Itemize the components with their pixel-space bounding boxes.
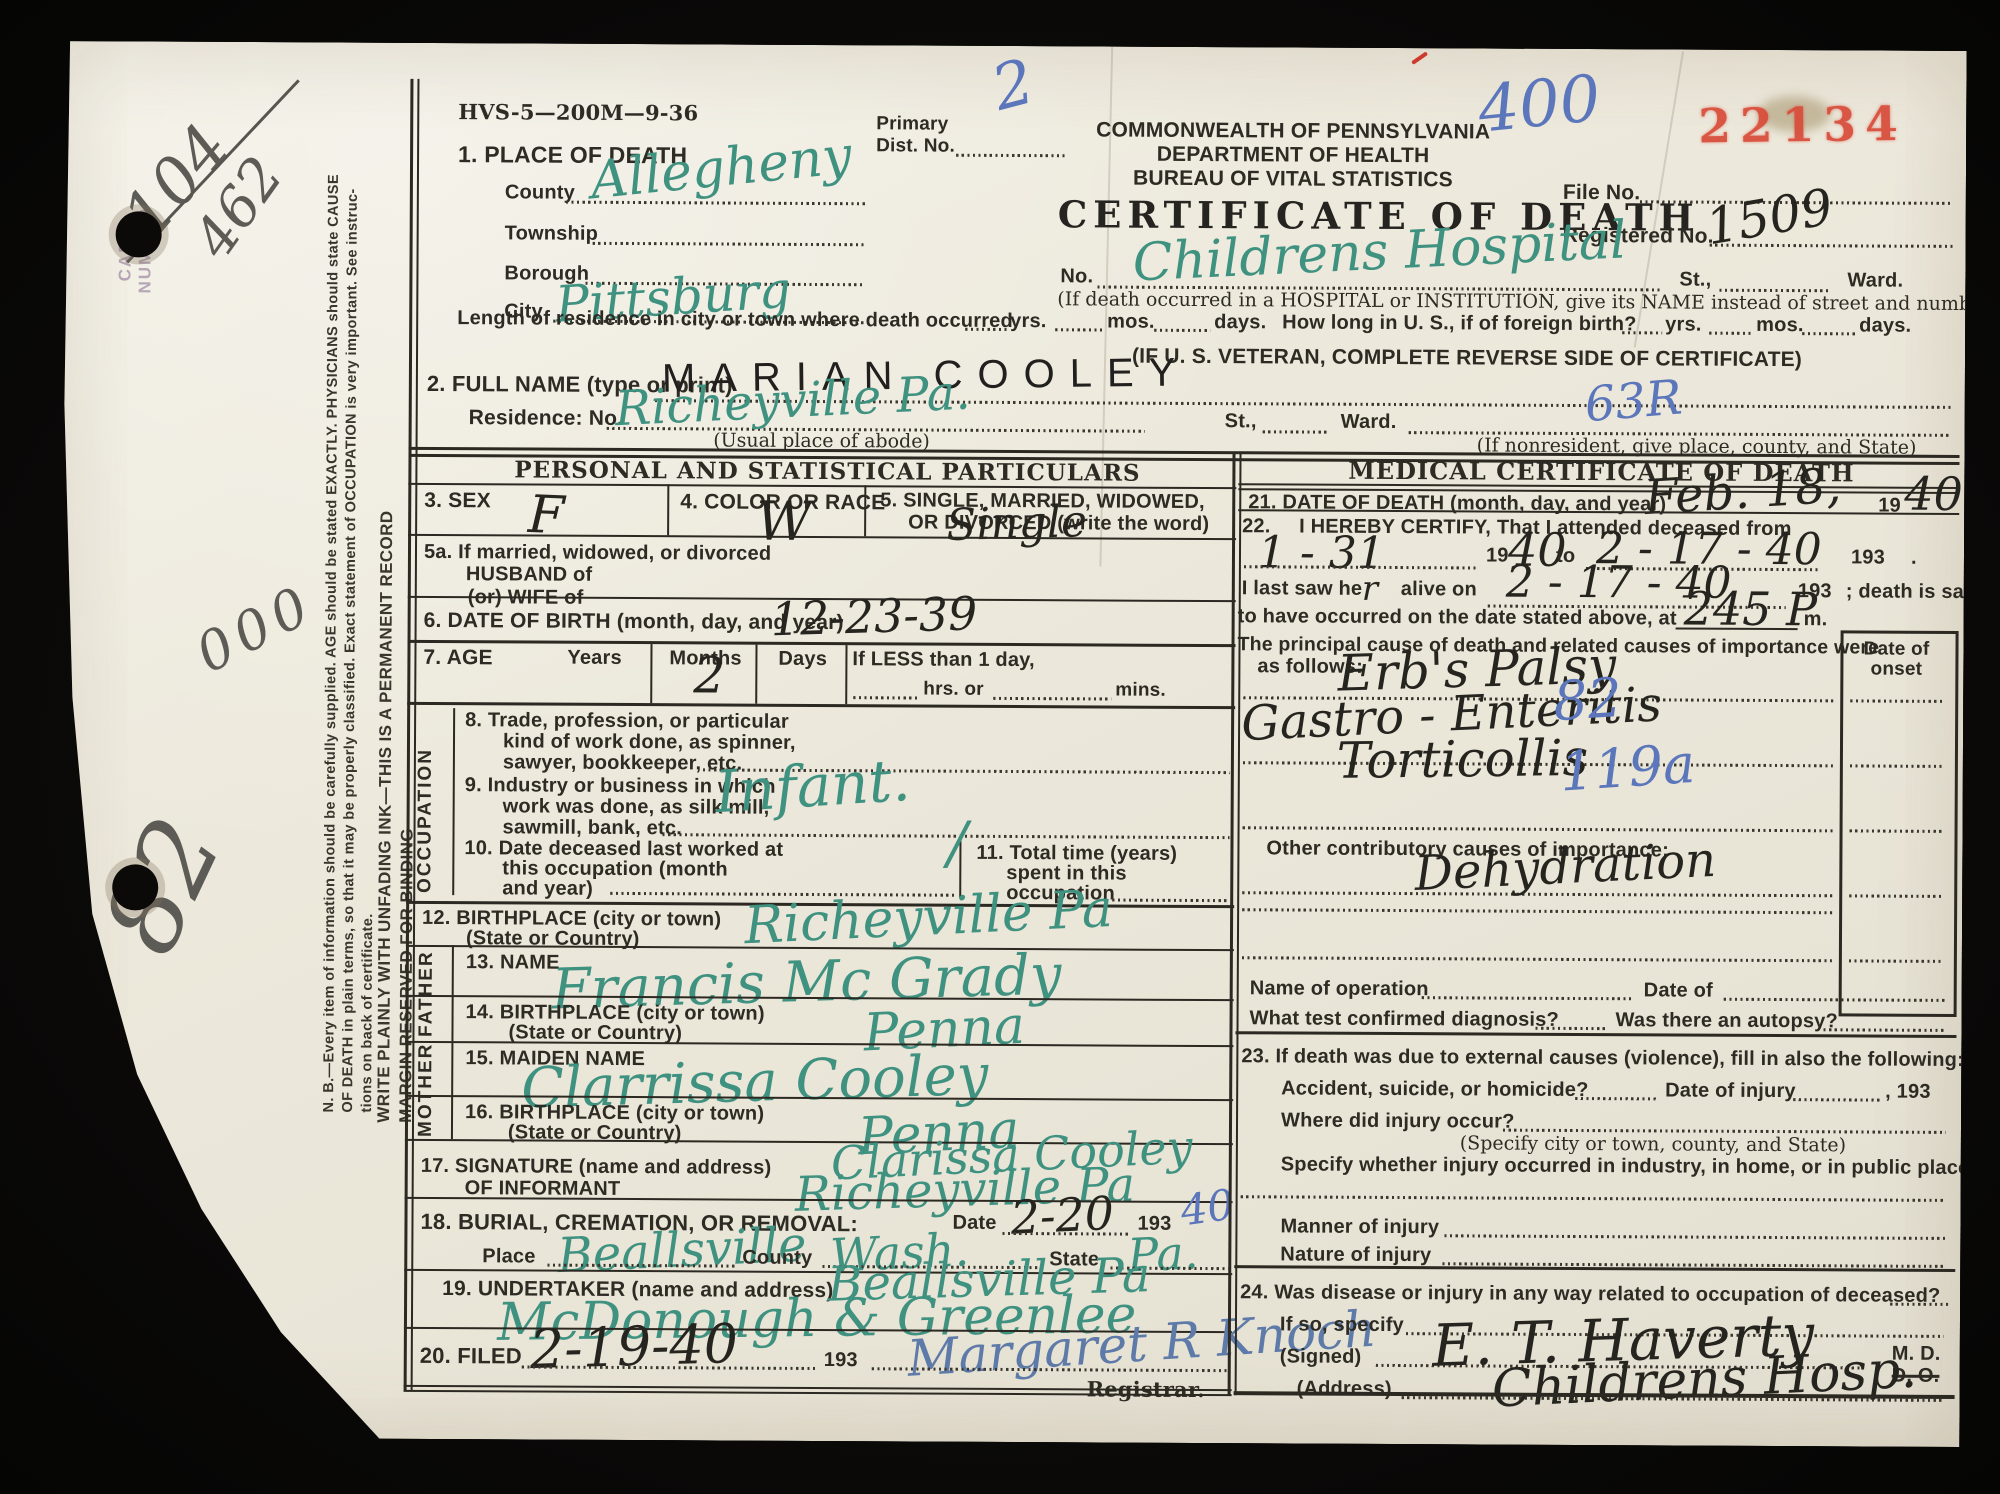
dotted-line [1793,1098,1881,1101]
residence-length-label: Length of residence in city or town wher… [457,307,1013,333]
father-side-label: FATHER [415,949,437,1037]
cause3-value: Torticollis [1337,733,1589,786]
pencil-mark-82: 82 [87,804,238,968]
operation-label: Name of operation [1250,977,1429,1001]
less-than-label: If LESS than 1 day, [852,648,1034,672]
mins-label: mins. [1115,680,1166,702]
onset-label2: onset [1840,658,1952,681]
item24-label: 24. Was disease or injury in any way rel… [1240,1281,1940,1308]
form-code: HVS-5—200M—9-36 [458,99,698,125]
dotted-line [1112,899,1229,903]
dotted-line [1241,1195,1946,1202]
item9-value: Infant. [713,751,912,821]
punch-hole-top [116,211,162,257]
last-saw-label: I last saw he [1242,577,1363,601]
days-label: days. [1214,311,1266,334]
commonwealth-line: COMMONWEALTH OF PENNSYLVANIA [1068,118,1518,144]
st-label2: St., [1225,410,1257,433]
blue-mark-2: 2 [986,50,1040,120]
dist-no-label: Dist. No. [876,135,955,157]
mos-label: mos. [1107,311,1155,334]
burial-place-label: Place [482,1245,535,1268]
rule-line [650,644,652,703]
hospital-no-label: No. [1060,265,1093,288]
item21-year-value: 40 [1904,471,1963,517]
green-slash-mark: / [947,814,967,872]
item13-label: 13. NAME [466,951,560,974]
test-label: What test confirmed diagnosis? [1250,1007,1559,1032]
to-period: . [1911,547,1917,570]
dotted-line [1802,332,1856,335]
if-so-label: If so, specify [1280,1313,1404,1337]
item8-line3: sawyer, bookkeeper, etc. [503,751,743,775]
department-line: DEPARTMENT OF HEALTH [1068,142,1518,168]
dotted-line [965,328,1007,331]
rule-line [451,945,454,1041]
column-divider [1228,453,1242,1395]
mother-side-label: MOTHER [415,1047,437,1137]
mos-label2: mos. [1756,314,1804,337]
rule-line [755,645,757,704]
file-number-stamp: 22134 [1698,97,1907,155]
primary-label: Primary [876,113,948,135]
rule-line [864,485,866,536]
contributory-value: Dehydration [1413,836,1717,898]
hrs-or-label: hrs. or [923,679,984,701]
age-years-label: Years [567,647,622,670]
burial-county-label: County [742,1247,812,1270]
dotted-line [1444,1234,1945,1240]
accident-label: Accident, suicide, or homicide? [1281,1077,1588,1102]
dotted-line [1850,699,1942,702]
rule-line [407,702,1235,709]
scanned-certificate-page: { "stamps": { "file_stamp": "22134", "bl… [0,0,2000,1494]
ward-code-63r: 63R [1583,373,1684,429]
punch-hole-bottom [112,864,158,910]
dotted-line [1724,998,1947,1002]
dotted-line [1709,332,1753,335]
last-saw-her-hw: r [1362,572,1378,606]
item5a-label: 5a. If married, widowed, or divorced [424,541,771,566]
blue-code-400: 400 [1475,67,1603,143]
dotted-line [1242,908,1832,914]
pencil-mark-000: 000 [188,576,323,681]
cause2-code: 82 [1552,671,1624,729]
township-label: Township [505,222,599,245]
dotted-line [1536,1027,1608,1030]
how-long-label: How long in U. S., if of foreign birth? [1282,311,1637,336]
dotted-line [1242,956,1832,962]
dotted-line [853,696,919,699]
dotted-line [1890,1303,1948,1306]
dotted-line [1575,1097,1657,1100]
address-label: (Address) [1297,1378,1392,1401]
injury-date-label: Date of injury [1665,1079,1796,1103]
dotted-line [593,242,866,246]
item20-193-label: 193 [824,1349,858,1372]
specify-whether-label: Specify whether injury occurred in indus… [1281,1153,1977,1180]
dotted-line [1263,430,1327,433]
margin-note-line1: N. B.—Every item of information should b… [321,94,342,1112]
dotted-line [993,697,1111,701]
dotted-line [1849,959,1941,962]
operation-date-label: Date of [1644,979,1713,1002]
file-no-label: File No. [1563,181,1641,205]
signed-label: (Signed) [1280,1345,1362,1368]
dotted-line [1154,329,1210,332]
item17-line1: 17. SIGNATURE (name and address) [421,1155,772,1180]
age-label: 7. AGE [423,646,492,670]
item20-label: 20. FILED [420,1343,522,1370]
hospital-note: (If death occurred in a HOSPITAL or INST… [1057,288,1962,315]
dotted-line [1243,826,1833,832]
rule-line [451,1041,454,1139]
manner-label: Manner of injury [1280,1215,1439,1239]
dotted-line [1850,829,1942,832]
marital-value: Single [946,500,1088,548]
death-said-label: ; death is said [1846,580,1982,604]
ward-label: Ward. [1847,269,1903,292]
rule-line [845,645,847,704]
sex-label: 3. SEX [424,489,491,513]
rule-line [452,708,455,895]
nature-label: Nature of injury [1280,1243,1431,1267]
occupation-side-label: OCCUPATION [414,715,437,893]
rule-line [667,484,669,535]
certificate-paper: CARD NUMBER 104 462 000 82 N. B.—Every i… [51,41,1966,1447]
residence-label: Residence: No. [469,406,624,431]
dotted-line [1850,764,1942,767]
dob-value: 12-23-39 [770,590,978,642]
rule-line [1235,1031,1956,1038]
age-months-value: 2 [693,650,725,700]
color-value: W [756,495,812,549]
dotted-line [1422,996,1634,1000]
injury-193-label: , 193 [1885,1081,1931,1104]
red-tick [1411,51,1428,65]
county-label: County [505,181,575,204]
residence-value: Richeyville Pa. [614,369,972,434]
husband-label: HUSBAND of [466,563,593,587]
dotted-line [1824,1028,1947,1032]
yrs-label: yrs. [1010,310,1047,333]
ward-label2: Ward. [1341,411,1397,434]
item23-label: 23. If death was due to external causes … [1241,1045,1964,1072]
margin-note-line2: OF DEATH in plain terms, so that it may … [340,95,361,1113]
dotted-line [1849,894,1941,897]
cause3-code: 119a [1558,737,1696,800]
autopsy-label: Was there an autopsy? [1615,1009,1838,1033]
age-days-label: Days [778,648,827,671]
item10-line3: and year) [502,877,593,900]
dotted-line [1055,328,1103,331]
specify-city-note: (Specify city or town, county, and State… [1353,1132,1953,1157]
time-value: 245 P [1684,586,1818,633]
st-label: St., [1679,269,1711,292]
margin-note-write-plainly: WRITE PLAINLY WITH UNFADING INK—THIS IS … [374,461,397,1123]
to-193-label: 193 [1851,546,1885,569]
days-label2: days. [1859,314,1911,337]
bureau-line: BUREAU OF VITAL STATISTICS [1068,166,1518,192]
dotted-line [1622,331,1662,334]
m-label: m. [1804,608,1828,631]
occurred-label: to have occurred on the date stated abov… [1238,605,1677,630]
registered-no-value: 1509 [1702,182,1836,253]
where-label: Where did injury occur? [1281,1109,1515,1133]
alive-on-label: alive on [1401,578,1477,601]
dotted-line [956,154,1066,158]
personal-heading: PERSONAL AND STATISTICAL PARTICULARS [422,456,1232,487]
yrs-label2: yrs. [1665,313,1702,336]
